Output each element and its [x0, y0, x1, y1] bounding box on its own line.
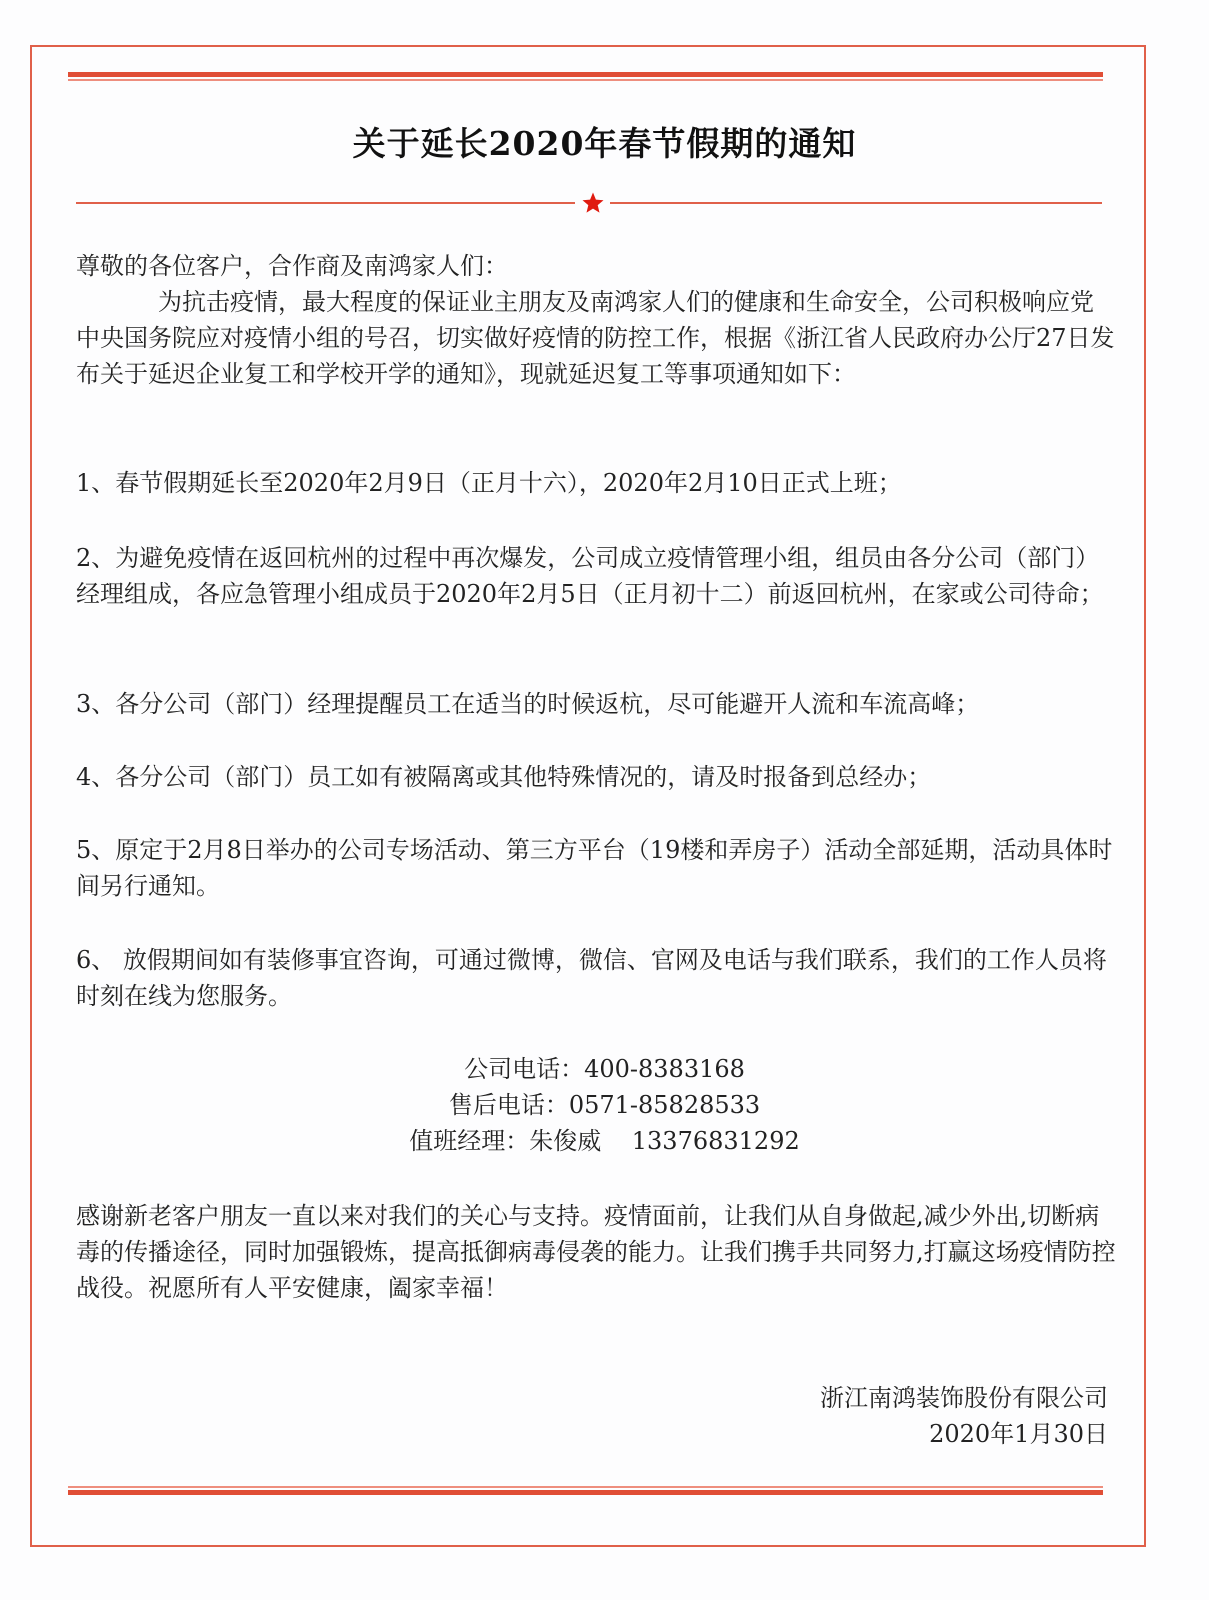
title-divider-right [610, 202, 1102, 204]
notice-item-5: 5、原定于2月8日举办的公司专场活动、第三方平台（19楼和弄房子）活动全部延期，… [76, 832, 1116, 904]
signature-block: 浙江南鸿装饰股份有限公司 2020年1月30日 [820, 1380, 1108, 1452]
aftersales-phone: 售后电话：0571-85828533 [0, 1087, 1209, 1123]
top-rule-thick [68, 72, 1103, 77]
bottom-rule-thin [68, 1486, 1103, 1488]
duty-manager: 值班经理：朱俊威 13376831292 [0, 1123, 1209, 1159]
notice-item-4: 4、各分公司（部门）员工如有被隔离或其他特殊情况的，请及时报备到总经办； [76, 759, 1116, 795]
title-divider-left [76, 202, 575, 204]
closing-paragraph: 感谢新老客户朋友一直以来对我们的关心与支持。疫情面前，让我们从自身做起,减少外出… [76, 1198, 1116, 1306]
contact-block: 公司电话：400-8383168 售后电话：0571-85828533 值班经理… [0, 1051, 1209, 1159]
notice-item-3: 3、各分公司（部门）经理提醒员工在适当的时候返杭，尽可能避开人流和车流高峰； [76, 686, 1116, 722]
intro-paragraph: 为抗击疫情，最大程度的保证业主朋友及南鸿家人们的健康和生命安全，公司积极响应党中… [76, 284, 1116, 392]
notice-item-1: 1、春节假期延长至2020年2月9日（正月十六），2020年2月10日正式上班； [76, 465, 1116, 501]
notice-title: 关于延长2020年春节假期的通知 [0, 118, 1209, 165]
greeting: 尊敬的各位客户，合作商及南鸿家人们： [76, 248, 1116, 284]
top-rule-thin [68, 79, 1103, 81]
notice-item-6: 6、 放假期间如有装修事宜咨询，可通过微博，微信、官网及电话与我们联系，我们的工… [76, 942, 1116, 1014]
bottom-rule-thick [68, 1490, 1103, 1495]
signature-date: 2020年1月30日 [820, 1416, 1108, 1452]
signature-company: 浙江南鸿装饰股份有限公司 [820, 1380, 1108, 1416]
star-icon [581, 191, 605, 215]
notice-item-2: 2、为避免疫情在返回杭州的过程中再次爆发，公司成立疫情管理小组，组员由各分公司（… [76, 540, 1116, 612]
company-phone: 公司电话：400-8383168 [0, 1051, 1209, 1087]
